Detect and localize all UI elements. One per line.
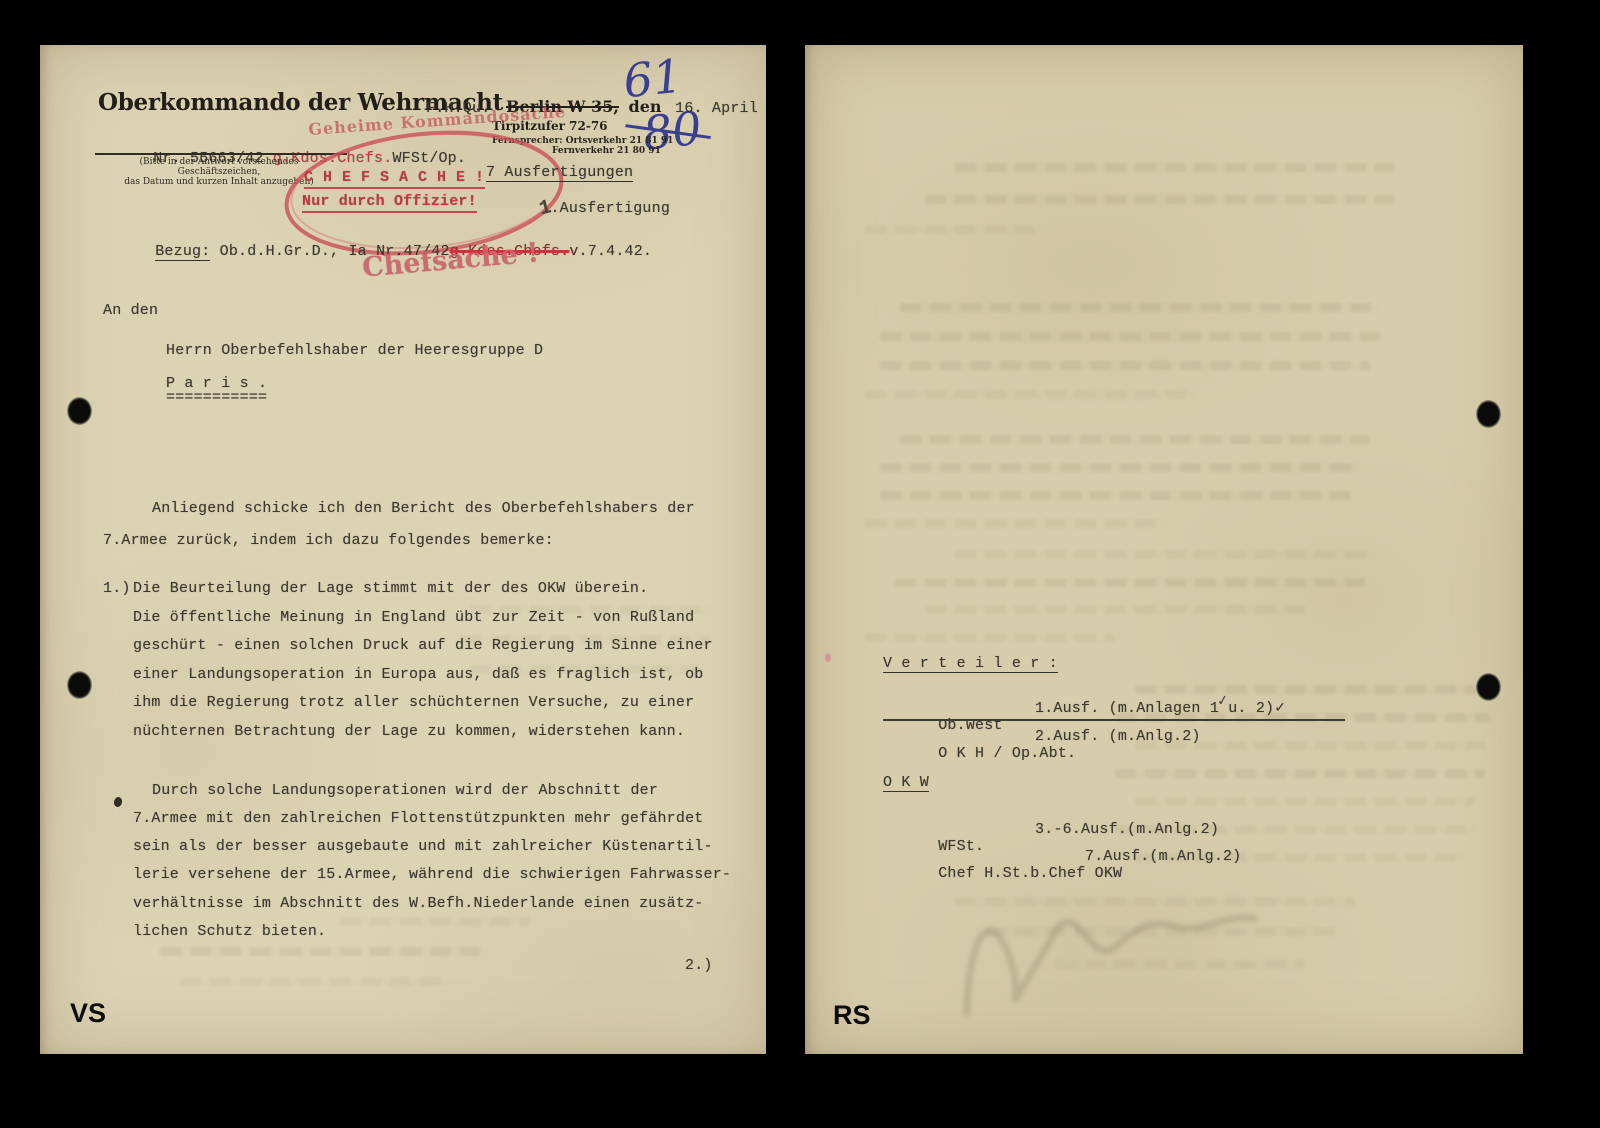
bezug-post: v.7.4.42. xyxy=(569,243,652,260)
bleed-through-line xyxy=(1135,685,1495,694)
bleed-through-line xyxy=(955,550,1375,559)
bleed-through-line xyxy=(880,463,1360,472)
row-underline xyxy=(883,719,1345,721)
verteiler-value: 1.Ausf. (m.Anlagen 1 u. 2)✓ xyxy=(1035,700,1286,717)
bezug-label: Bezug: xyxy=(155,243,210,261)
bleed-through-line xyxy=(180,977,450,986)
verteiler-value: 7.Ausf.(m.Anlg.2) xyxy=(1085,848,1241,865)
item1-line: ihm die Regierung trotz aller schüchtern… xyxy=(133,694,694,711)
bleed-through-line xyxy=(895,578,1365,587)
bleed-through-line xyxy=(1135,797,1475,806)
bleed-through-line xyxy=(900,435,1370,444)
verteiler-title: V e r t e i l e r : xyxy=(883,655,1058,673)
archive-label-back: RS xyxy=(833,1000,871,1031)
body-paragraph2-line: verhältnisse im Abschnitt des W.Befh.Nie… xyxy=(133,895,704,912)
recipient-line: Herrn Oberbefehlshaber der Heeresgruppe … xyxy=(166,342,543,359)
item1-marker: 1.) xyxy=(103,580,131,597)
copy-number-rest: .Ausfertigung xyxy=(550,200,670,217)
hole-punch-bottom xyxy=(1476,673,1501,701)
nur-durch-offizier-stamp: Nur durch Offizier! xyxy=(302,193,477,213)
salutation-an-den: An den xyxy=(103,302,158,319)
handwritten-check-icon: ✓ xyxy=(1274,700,1286,716)
bleed-through-line xyxy=(880,491,1350,500)
bleed-through-line xyxy=(880,332,1380,341)
chefsache-typed-stamp: C H E F S A C H E ! xyxy=(304,169,485,189)
bleed-through-line xyxy=(955,163,1395,172)
body-paragraph1-line2: 7.Armee zurück, indem ich dazu folgendes… xyxy=(103,532,554,549)
bleed-through-line xyxy=(865,225,1035,234)
body-paragraph2-line: sein als der besser ausgebaute und mit z… xyxy=(133,838,713,855)
document-page-back: V e r t e i l e r : Ob.West 1.Ausf. (m.A… xyxy=(805,45,1523,1054)
verteiler-label: O K H / Op.Abt. xyxy=(938,745,1076,762)
city-underline: =========== xyxy=(166,389,267,406)
continuation-page-marker: 2.) xyxy=(685,957,713,974)
body-paragraph2-first: Durch solche Landungsoperationen wird de… xyxy=(152,782,658,799)
bleed-through-line xyxy=(865,390,1195,399)
bleed-through-line xyxy=(865,633,1115,642)
bleed-through-line xyxy=(900,303,1380,312)
item1-line: Die öffentliche Meinung in England übt z… xyxy=(133,609,694,626)
body-paragraph2-line: lichen Schutz bieten. xyxy=(133,923,326,940)
item1-first-line: Die Beurteilung der Lage stimmt mit der … xyxy=(133,580,648,597)
archive-label-front: VS xyxy=(70,998,106,1029)
bleed-through-line xyxy=(340,917,530,926)
verteiler-value: 3.-6.Ausf.(m.Anlg.2) xyxy=(1035,821,1219,838)
verteiler-label: Chef H.St.b.Chef OKW xyxy=(938,865,1122,882)
copies-total: 7 Ausfertigungen xyxy=(486,164,633,182)
hole-punch-top xyxy=(67,397,92,425)
body-paragraph2-line: lerie versehene der 15.Armee, während di… xyxy=(133,866,731,883)
verteiler-row-chef: Chef H.St.b.Chef OKW 7.Ausf.(m.Anlg.2) xyxy=(883,848,1122,916)
body-paragraph2-line: 7.Armee mit den zahlreichen Flottenstütz… xyxy=(133,810,704,827)
bleed-through-line xyxy=(880,361,1370,370)
bleed-through-line xyxy=(160,947,480,956)
body-paragraph1-line1: Anliegend schicke ich den Bericht des Ob… xyxy=(152,500,695,517)
hole-punch-top xyxy=(1476,400,1501,428)
item1-line: nüchternen Betrachtung der Lage zu komme… xyxy=(133,723,685,740)
bleed-through-line xyxy=(925,605,1305,614)
item1-line: geschürt - einen solchen Druck auf die R… xyxy=(133,637,713,654)
pink-mark xyxy=(825,653,831,662)
verteiler-value-text: 1.Ausf. (m.Anlagen 1 u. 2) xyxy=(1035,700,1274,717)
verteiler-heading-okw: O K W xyxy=(883,774,929,792)
item1-line: einer Landungsoperation in Europa aus, d… xyxy=(133,666,704,683)
verteiler-value: 2.Ausf. (m.Anlg.2) xyxy=(1035,728,1201,745)
handwritten-check-icon: ✓ xyxy=(1216,692,1230,709)
document-page-front: 61 80 Oberkommando der Wehrmacht F.H.Qu.… xyxy=(40,45,766,1054)
bleed-through-line xyxy=(865,519,1165,528)
ink-blot xyxy=(113,796,123,808)
scan-background: 61 80 Oberkommando der Wehrmacht F.H.Qu.… xyxy=(0,0,1600,1128)
den-label: den xyxy=(629,97,662,116)
hole-punch-bottom xyxy=(67,671,92,699)
date-value: 16. April 1942. xyxy=(675,100,766,117)
bleed-through-line xyxy=(925,195,1395,204)
